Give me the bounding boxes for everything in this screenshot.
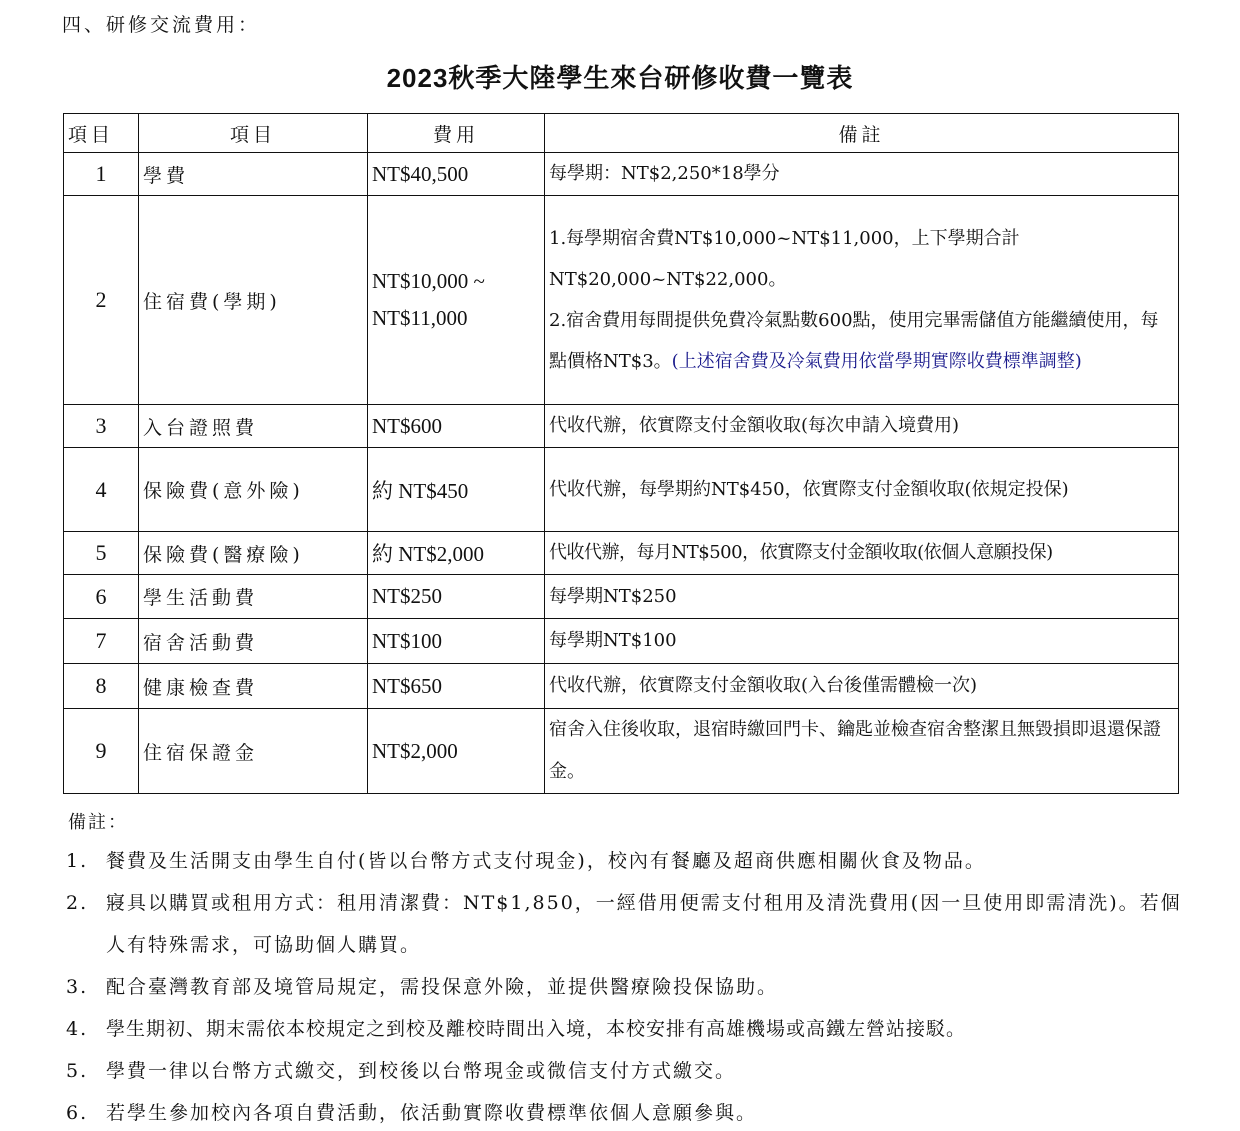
note-number: 2. — [66, 882, 106, 966]
row-note: 每學期NT$100 — [545, 619, 1179, 664]
notes-label: 備註： — [68, 808, 128, 834]
notes-list: 1. 餐費及生活開支由學生自付(皆以台幣方式支付現金)，校內有餐廳及超商供應相關… — [66, 840, 1186, 1131]
table-row: 4 保險費(意外險) 約 NT$450 代收代辦，每學期約NT$450，依實際支… — [64, 448, 1179, 532]
row-item: 住宿費(學期) — [139, 196, 368, 405]
document-title: 2023秋季大陸學生來台研修收費一覽表 — [0, 58, 1240, 95]
note-number: 3. — [66, 966, 106, 1008]
row-number: 7 — [64, 619, 139, 664]
header-note: 備註 — [545, 114, 1179, 153]
table-row: 2 住宿費(學期) NT$10,000 ~ NT$11,000 1.每學期宿舍費… — [64, 196, 1179, 405]
row-note: 宿舍入住後收取，退宿時繳回門卡、鑰匙並檢查宿舍整潔且無毀損即退還保證金。 — [545, 709, 1179, 794]
row-note: 每學期NT$250 — [545, 575, 1179, 619]
table-row: 3 入台證照費 NT$600 代收代辦，依實際支付金額收取(每次申請入境費用) — [64, 405, 1179, 448]
row-item: 入台證照費 — [139, 405, 368, 448]
row-fee: NT$650 — [368, 664, 545, 709]
row-number: 1 — [64, 153, 139, 196]
note-text: 若學生參加校內各項自費活動，依活動實際收費標準依個人意願參與。 — [106, 1092, 1186, 1131]
note-number: 6. — [66, 1092, 106, 1131]
note-item: 1. 餐費及生活開支由學生自付(皆以台幣方式支付現金)，校內有餐廳及超商供應相關… — [66, 840, 1186, 882]
note-item: 4. 學生期初、期末需依本校規定之到校及離校時間出入境，本校安排有高雄機場或高鐵… — [66, 1008, 1186, 1050]
note-text: 配合臺灣教育部及境管局規定，需投保意外險，並提供醫療險投保協助。 — [106, 966, 1186, 1008]
fee-table: 項目 項目 費用 備註 1 學費 NT$40,500 每學期：NT$2,250*… — [63, 113, 1179, 794]
header-fee: 費用 — [368, 114, 545, 153]
row-fee: 約 NT$2,000 — [368, 532, 545, 575]
table-row: 6 學生活動費 NT$250 每學期NT$250 — [64, 575, 1179, 619]
row-note: 代收代辦，每學期約NT$450，依實際支付金額收取(依規定投保) — [545, 448, 1179, 532]
table-row: 8 健康檢查費 NT$650 代收代辦，依實際支付金額收取(入台後僅需體檢一次) — [64, 664, 1179, 709]
note-adjustment-remark: (上述宿舍費及冷氣費用依當學期實際收費標準調整) — [672, 351, 1082, 372]
row-fee: NT$600 — [368, 405, 545, 448]
note-text: 學生期初、期末需依本校規定之到校及離校時間出入境，本校安排有高雄機場或高鐵左營站… — [106, 1008, 1186, 1050]
table-row: 1 學費 NT$40,500 每學期：NT$2,250*18學分 — [64, 153, 1179, 196]
note-item: 5. 學費一律以台幣方式繳交，到校後以台幣現金或微信支付方式繳交。 — [66, 1050, 1186, 1092]
row-item: 宿舍活動費 — [139, 619, 368, 664]
row-item: 保險費(醫療險) — [139, 532, 368, 575]
note-item: 6. 若學生參加校內各項自費活動，依活動實際收費標準依個人意願參與。 — [66, 1092, 1186, 1131]
row-fee: NT$250 — [368, 575, 545, 619]
row-item: 學生活動費 — [139, 575, 368, 619]
note-text: 餐費及生活開支由學生自付(皆以台幣方式支付現金)，校內有餐廳及超商供應相關伙食及… — [106, 840, 1186, 882]
row-number: 5 — [64, 532, 139, 575]
header-item: 項目 — [139, 114, 368, 153]
row-fee: NT$40,500 — [368, 153, 545, 196]
row-number: 6 — [64, 575, 139, 619]
header-no: 項目 — [64, 114, 139, 153]
row-item: 健康檢查費 — [139, 664, 368, 709]
section-heading: 四、研修交流費用： — [62, 10, 260, 37]
row-item: 住宿保證金 — [139, 709, 368, 794]
table-row: 7 宿舍活動費 NT$100 每學期NT$100 — [64, 619, 1179, 664]
row-number: 9 — [64, 709, 139, 794]
table-row: 5 保險費(醫療險) 約 NT$2,000 代收代辦，每月NT$500，依實際支… — [64, 532, 1179, 575]
row-note: 代收代辦，依實際支付金額收取(每次申請入境費用) — [545, 405, 1179, 448]
note-item: 3. 配合臺灣教育部及境管局規定，需投保意外險，並提供醫療險投保協助。 — [66, 966, 1186, 1008]
row-fee: NT$10,000 ~ NT$11,000 — [368, 196, 545, 405]
table-row: 9 住宿保證金 NT$2,000 宿舍入住後收取，退宿時繳回門卡、鑰匙並檢查宿舍… — [64, 709, 1179, 794]
row-number: 4 — [64, 448, 139, 532]
row-fee: NT$100 — [368, 619, 545, 664]
note-text: 學費一律以台幣方式繳交，到校後以台幣現金或微信支付方式繳交。 — [106, 1050, 1186, 1092]
note-text: 寢具以購買或租用方式：租用清潔費：NT$1,850，一經借用便需支付租用及清洗費… — [106, 882, 1186, 966]
row-note: 每學期：NT$2,250*18學分 — [545, 153, 1179, 196]
row-number: 2 — [64, 196, 139, 405]
note-line-1: 1.每學期宿舍費NT$10,000~NT$11,000，上下學期合計NT$20,… — [549, 228, 1020, 290]
row-number: 3 — [64, 405, 139, 448]
row-note: 代收代辦，每月NT$500，依實際支付金額收取(依個人意願投保) — [545, 532, 1179, 575]
row-note: 1.每學期宿舍費NT$10,000~NT$11,000，上下學期合計NT$20,… — [545, 196, 1179, 405]
note-number: 4. — [66, 1008, 106, 1050]
row-number: 8 — [64, 664, 139, 709]
note-number: 5. — [66, 1050, 106, 1092]
row-item: 保險費(意外險) — [139, 448, 368, 532]
note-number: 1. — [66, 840, 106, 882]
row-note: 代收代辦，依實際支付金額收取(入台後僅需體檢一次) — [545, 664, 1179, 709]
note-item: 2. 寢具以購買或租用方式：租用清潔費：NT$1,850，一經借用便需支付租用及… — [66, 882, 1186, 966]
row-item: 學費 — [139, 153, 368, 196]
row-fee: NT$2,000 — [368, 709, 545, 794]
row-fee: 約 NT$450 — [368, 448, 545, 532]
table-header-row: 項目 項目 費用 備註 — [64, 114, 1179, 153]
